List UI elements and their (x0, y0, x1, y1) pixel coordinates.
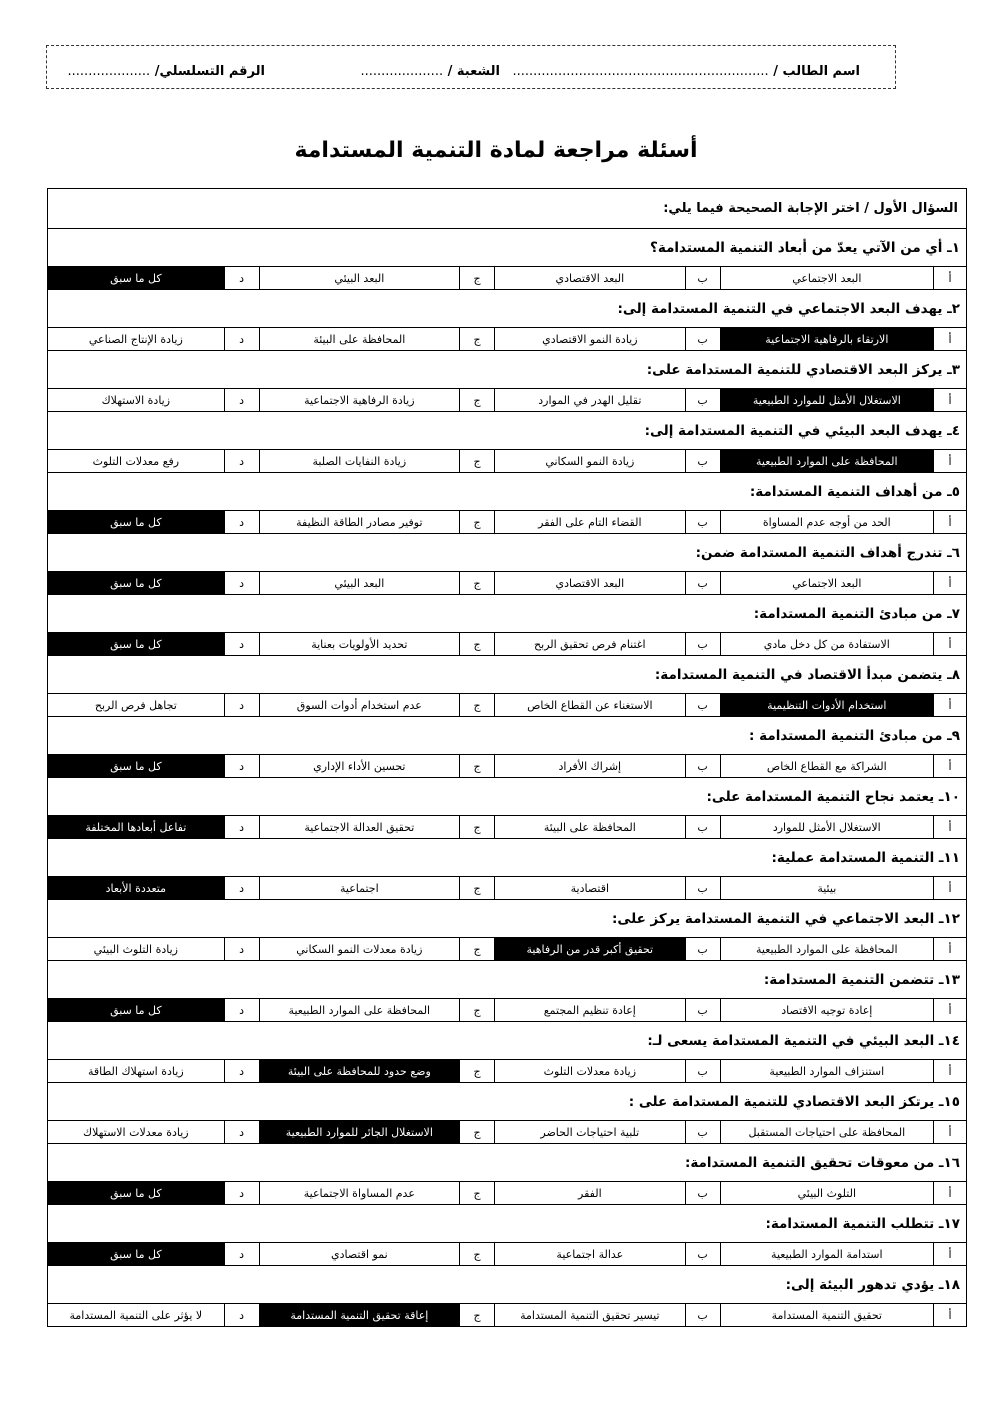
question-text: ٨ـ يتضمن مبدأ الاقتصاد في التنمية المستد… (48, 656, 966, 694)
option-c[interactable]: توفير مصادر الطاقة النظيفة (259, 511, 460, 533)
option-letter-b: ب (685, 755, 720, 777)
option-letter-b: ب (685, 267, 720, 289)
option-letter-b: ب (685, 938, 720, 960)
option-a[interactable]: الاستفادة من كل دخل مادي (720, 633, 934, 655)
student-info-box: اسم الطالب / ...........................… (46, 45, 896, 89)
option-b[interactable]: تقليل الهدر في الموارد (494, 389, 685, 411)
option-a[interactable]: البعد الاجتماعي (720, 267, 934, 289)
option-letter-d: د (224, 877, 259, 899)
option-a[interactable]: الارتقاء بالرفاهية الاجتماعية (720, 328, 934, 350)
option-letter-c: ج (459, 572, 494, 594)
option-letter-d: د (224, 1060, 259, 1082)
option-letter-a: أ (933, 816, 966, 838)
option-c[interactable]: إعاقة تحقيق التنمية المستدامة (259, 1304, 460, 1326)
option-letter-c: ج (459, 877, 494, 899)
student-name-blank[interactable]: ........................................… (512, 64, 768, 79)
option-letter-b: ب (685, 633, 720, 655)
option-d[interactable]: كل ما سبق (48, 511, 224, 533)
option-letter-b: ب (685, 1182, 720, 1204)
option-letter-d: د (224, 267, 259, 289)
answer-options-row: أ الاستغلال الأمثل للموارد الطبيعية ب تق… (48, 389, 966, 412)
option-c[interactable]: المحافظة على البيئة (259, 328, 460, 350)
option-letter-c: ج (459, 267, 494, 289)
option-c[interactable]: نمو اقتصادي (259, 1243, 460, 1265)
option-letter-b: ب (685, 328, 720, 350)
option-letter-c: ج (459, 1243, 494, 1265)
option-b[interactable]: تحقيق أكبر قدر من الرفاهية (494, 938, 685, 960)
option-b[interactable]: إشراك الأفراد (494, 755, 685, 777)
answer-options-row: أ تحقيق التنمية المستدامة ب تيسير تحقيق … (48, 1304, 966, 1326)
answer-options-row: أ المحافظة على الموارد الطبيعية ب تحقيق … (48, 938, 966, 961)
question-text: ٣ـ يركز البعد الاقتصادي للتنمية المستدام… (48, 351, 966, 389)
option-c[interactable]: تحسين الأداء الإداري (259, 755, 460, 777)
option-letter-c: ج (459, 511, 494, 533)
option-b[interactable]: زيادة معدلات التلوث (494, 1060, 685, 1082)
student-name-field[interactable]: اسم الطالب / ...........................… (512, 64, 860, 79)
option-a[interactable]: الاستغلال الأمثل للموارد (720, 816, 934, 838)
answer-options-row: أ المحافظة على الموارد الطبيعية ب زيادة … (48, 450, 966, 473)
answer-options-row: أ الارتقاء بالرفاهية الاجتماعية ب زيادة … (48, 328, 966, 351)
option-b[interactable]: البعد الاقتصادي (494, 572, 685, 594)
question-table: السؤال الأول / اختر الإجابة الصحيحة فيما… (47, 188, 967, 1327)
option-d[interactable]: متعددة الأبعاد (48, 877, 224, 899)
option-letter-d: د (224, 1243, 259, 1265)
option-letter-a: أ (933, 572, 966, 594)
answer-options-row: أ استدامة الموارد الطبيعية ب عدالة اجتما… (48, 1243, 966, 1266)
option-letter-d: د (224, 1304, 259, 1326)
option-letter-a: أ (933, 938, 966, 960)
option-letter-b: ب (685, 1060, 720, 1082)
option-d[interactable]: زيادة معدلات الاستهلاك (48, 1121, 224, 1143)
option-b[interactable]: تلبية احتياجات الحاضر (494, 1121, 685, 1143)
question-text: ٩ـ من مبادئ التنمية المستدامة : (48, 717, 966, 755)
option-a[interactable]: استنزاف الموارد الطبيعية (720, 1060, 934, 1082)
option-letter-a: أ (933, 389, 966, 411)
option-letter-b: ب (685, 450, 720, 472)
option-letter-c: ج (459, 1304, 494, 1326)
answer-options-row: أ الاستفادة من كل دخل مادي ب اغتنام فرص … (48, 633, 966, 656)
option-letter-b: ب (685, 816, 720, 838)
option-a[interactable]: المحافظة على احتياجات المستقبل (720, 1121, 934, 1143)
option-letter-c: ج (459, 1060, 494, 1082)
option-letter-b: ب (685, 1304, 720, 1326)
option-letter-d: د (224, 633, 259, 655)
option-b[interactable]: المحافظة على البيئة (494, 816, 685, 838)
option-letter-a: أ (933, 877, 966, 899)
section-field[interactable]: الشعبة / .................... (360, 64, 500, 79)
option-letter-d: د (224, 1121, 259, 1143)
answer-options-row: أ المحافظة على احتياجات المستقبل ب تلبية… (48, 1121, 966, 1144)
option-d[interactable]: رفع معدلات التلوث (48, 450, 224, 472)
option-a[interactable]: المحافظة على الموارد الطبيعية (720, 938, 934, 960)
answer-options-row: أ الاستغلال الأمثل للموارد ب المحافظة عل… (48, 816, 966, 839)
option-letter-a: أ (933, 328, 966, 350)
option-d[interactable]: كل ما سبق (48, 1243, 224, 1265)
option-letter-a: أ (933, 694, 966, 716)
option-letter-c: ج (459, 328, 494, 350)
question-text: ١٣ـ تتضمن التنمية المستدامة: (48, 961, 966, 999)
option-c[interactable]: اجتماعية (259, 877, 460, 899)
option-a[interactable]: بيئية (720, 877, 934, 899)
option-letter-b: ب (685, 999, 720, 1021)
option-letter-a: أ (933, 1121, 966, 1143)
section-instructions: السؤال الأول / اختر الإجابة الصحيحة فيما… (48, 189, 966, 229)
serial-number-field[interactable]: الرقم التسلسلي/ .................... (68, 64, 265, 79)
option-a[interactable]: استخدام الأدوات التنظيمية (720, 694, 934, 716)
option-letter-c: ج (459, 816, 494, 838)
option-letter-c: ج (459, 1121, 494, 1143)
option-letter-d: د (224, 511, 259, 533)
option-letter-b: ب (685, 389, 720, 411)
option-letter-b: ب (685, 511, 720, 533)
option-b[interactable]: عدالة اجتماعية (494, 1243, 685, 1265)
option-d[interactable]: كل ما سبق (48, 999, 224, 1021)
question-text: ٤ـ يهدف البعد البيئي في التنمية المستدام… (48, 412, 966, 450)
option-b[interactable]: الفقر (494, 1182, 685, 1204)
option-b[interactable]: تيسير تحقيق التنمية المستدامة (494, 1304, 685, 1326)
question-text: ٥ـ من أهداف التنمية المستدامة: (48, 473, 966, 511)
option-letter-c: ج (459, 389, 494, 411)
option-letter-c: ج (459, 694, 494, 716)
option-b[interactable]: القضاء التام على الفقر (494, 511, 685, 533)
question-text: ١٧ـ تتطلب التنمية المستدامة: (48, 1205, 966, 1243)
option-letter-a: أ (933, 267, 966, 289)
option-d[interactable]: زيادة التلوث البيئي (48, 938, 224, 960)
question-text: ١٦ـ من معوقات تحقيق التنمية المستدامة: (48, 1144, 966, 1182)
option-d[interactable]: كل ما سبق (48, 572, 224, 594)
option-a[interactable]: تحقيق التنمية المستدامة (720, 1304, 934, 1326)
option-a[interactable]: الحد من أوجه عدم المساواة (720, 511, 934, 533)
option-letter-c: ج (459, 633, 494, 655)
answer-options-row: أ استخدام الأدوات التنظيمية ب الاستغناء … (48, 694, 966, 717)
option-letter-d: د (224, 755, 259, 777)
serial-number-label: الرقم التسلسلي/ (155, 64, 265, 79)
option-letter-b: ب (685, 694, 720, 716)
option-d[interactable]: لا يؤثر على التنمية المستدامة (48, 1304, 224, 1326)
section-label: الشعبة / (448, 64, 500, 79)
option-letter-c: ج (459, 450, 494, 472)
option-letter-d: د (224, 450, 259, 472)
option-d[interactable]: زيادة الاستهلاك (48, 389, 224, 411)
serial-number-blank[interactable]: .................... (68, 64, 151, 79)
option-a[interactable]: إعادة توجيه الاقتصاد (720, 999, 934, 1021)
option-c[interactable]: الاستغلال الجائر للموارد الطبيعية (259, 1121, 460, 1143)
option-letter-a: أ (933, 1182, 966, 1204)
option-letter-d: د (224, 938, 259, 960)
question-text: ١ـ أي من الآتي يعدّ من أبعاد التنمية الم… (48, 229, 966, 267)
option-c[interactable]: زيادة النفايات الصلبة (259, 450, 460, 472)
option-c[interactable]: تحديد الأولويات بعناية (259, 633, 460, 655)
option-letter-c: ج (459, 755, 494, 777)
option-letter-a: أ (933, 1243, 966, 1265)
question-text: ١٨ـ يؤدي تدهور البيئة إلى: (48, 1266, 966, 1304)
option-letter-d: د (224, 389, 259, 411)
student-name-label: اسم الطالب / (773, 64, 860, 79)
option-b[interactable]: إعادة تنظيم المجتمع (494, 999, 685, 1021)
option-a[interactable]: استدامة الموارد الطبيعية (720, 1243, 934, 1265)
option-c[interactable]: البعد البيئي (259, 572, 460, 594)
option-letter-d: د (224, 816, 259, 838)
option-b[interactable]: الاستغناء عن القطاع الخاص (494, 694, 685, 716)
question-text: ١٢ـ البعد الاجتماعي في التنمية المستدامة… (48, 900, 966, 938)
option-c[interactable]: المحافظة على الموارد الطبيعية (259, 999, 460, 1021)
answer-options-row: أ الشراكة مع القطاع الخاص ب إشراك الأفرا… (48, 755, 966, 778)
option-letter-b: ب (685, 1121, 720, 1143)
question-text: ١٠ـ يعتمد نجاح التنمية المستدامة على: (48, 778, 966, 816)
option-letter-a: أ (933, 999, 966, 1021)
option-d[interactable]: كل ما سبق (48, 755, 224, 777)
answer-options-row: أ استنزاف الموارد الطبيعية ب زيادة معدلا… (48, 1060, 966, 1083)
option-c[interactable]: عدم المساواة الاجتماعية (259, 1182, 460, 1204)
answer-options-row: أ البعد الاجتماعي ب البعد الاقتصادي ج ال… (48, 267, 966, 290)
option-letter-d: د (224, 999, 259, 1021)
answer-options-row: أ التلوث البيئي ب الفقر ج عدم المساواة ا… (48, 1182, 966, 1205)
option-d[interactable]: زيادة استهلاك الطاقة (48, 1060, 224, 1082)
option-c[interactable]: زيادة معدلات النمو السكاني (259, 938, 460, 960)
option-letter-d: د (224, 1182, 259, 1204)
answer-options-row: أ إعادة توجيه الاقتصاد ب إعادة تنظيم الم… (48, 999, 966, 1022)
option-d[interactable]: كل ما سبق (48, 633, 224, 655)
section-blank[interactable]: .................... (360, 64, 443, 79)
option-letter-c: ج (459, 1182, 494, 1204)
option-letter-d: د (224, 328, 259, 350)
question-text: ١٥ـ يرتكز البعد الاقتصادي للتنمية المستد… (48, 1083, 966, 1121)
option-letter-a: أ (933, 755, 966, 777)
option-a[interactable]: البعد الاجتماعي (720, 572, 934, 594)
option-b[interactable]: زيادة النمو الاقتصادي (494, 328, 685, 350)
question-text: ١١ـ التنمية المستدامة عملية: (48, 839, 966, 877)
question-text: ٢ـ يهدف البعد الاجتماعي في التنمية المست… (48, 290, 966, 328)
question-text: ٦ـ تندرج أهداف التنمية المستدامة ضمن: (48, 534, 966, 572)
option-letter-b: ب (685, 877, 720, 899)
option-letter-d: د (224, 572, 259, 594)
question-text: ١٤ـ البعد البيئي في التنمية المستدامة يس… (48, 1022, 966, 1060)
option-b[interactable]: اقتصادية (494, 877, 685, 899)
option-a[interactable]: الشراكة مع القطاع الخاص (720, 755, 934, 777)
option-d[interactable]: زيادة الإنتاج الصناعي (48, 328, 224, 350)
page-title: أسئلة مراجعة لمادة التنمية المستدامة (0, 138, 992, 163)
option-d[interactable]: تفاعل أبعادها المختلفة (48, 816, 224, 838)
option-c[interactable]: وضع حدود للمحافظة على البيئة (259, 1060, 460, 1082)
option-c[interactable]: تحقيق العدالة الاجتماعية (259, 816, 460, 838)
option-d[interactable]: تجاهل فرص الربح (48, 694, 224, 716)
option-a[interactable]: التلوث البيئي (720, 1182, 934, 1204)
option-letter-c: ج (459, 938, 494, 960)
option-letter-c: ج (459, 999, 494, 1021)
option-letter-b: ب (685, 572, 720, 594)
option-letter-a: أ (933, 511, 966, 533)
option-c[interactable]: البعد البيئي (259, 267, 460, 289)
option-b[interactable]: البعد الاقتصادي (494, 267, 685, 289)
option-c[interactable]: عدم استخدام أدوات السوق (259, 694, 460, 716)
option-letter-b: ب (685, 1243, 720, 1265)
option-b[interactable]: زيادة النمو السكاني (494, 450, 685, 472)
option-letter-d: د (224, 694, 259, 716)
option-b[interactable]: اغتنام فرص تحقيق الربح (494, 633, 685, 655)
option-d[interactable]: كل ما سبق (48, 1182, 224, 1204)
option-letter-a: أ (933, 450, 966, 472)
option-d[interactable]: كل ما سبق (48, 267, 224, 289)
option-a[interactable]: المحافظة على الموارد الطبيعية (720, 450, 934, 472)
question-text: ٧ـ من مبادئ التنمية المستدامة: (48, 595, 966, 633)
option-letter-a: أ (933, 633, 966, 655)
option-letter-a: أ (933, 1060, 966, 1082)
option-c[interactable]: زيادة الرفاهية الاجتماعية (259, 389, 460, 411)
option-a[interactable]: الاستغلال الأمثل للموارد الطبيعية (720, 389, 934, 411)
answer-options-row: أ الحد من أوجه عدم المساواة ب القضاء الت… (48, 511, 966, 534)
answer-options-row: أ بيئية ب اقتصادية ج اجتماعية د متعددة ا… (48, 877, 966, 900)
answer-options-row: أ البعد الاجتماعي ب البعد الاقتصادي ج ال… (48, 572, 966, 595)
option-letter-a: أ (933, 1304, 966, 1326)
